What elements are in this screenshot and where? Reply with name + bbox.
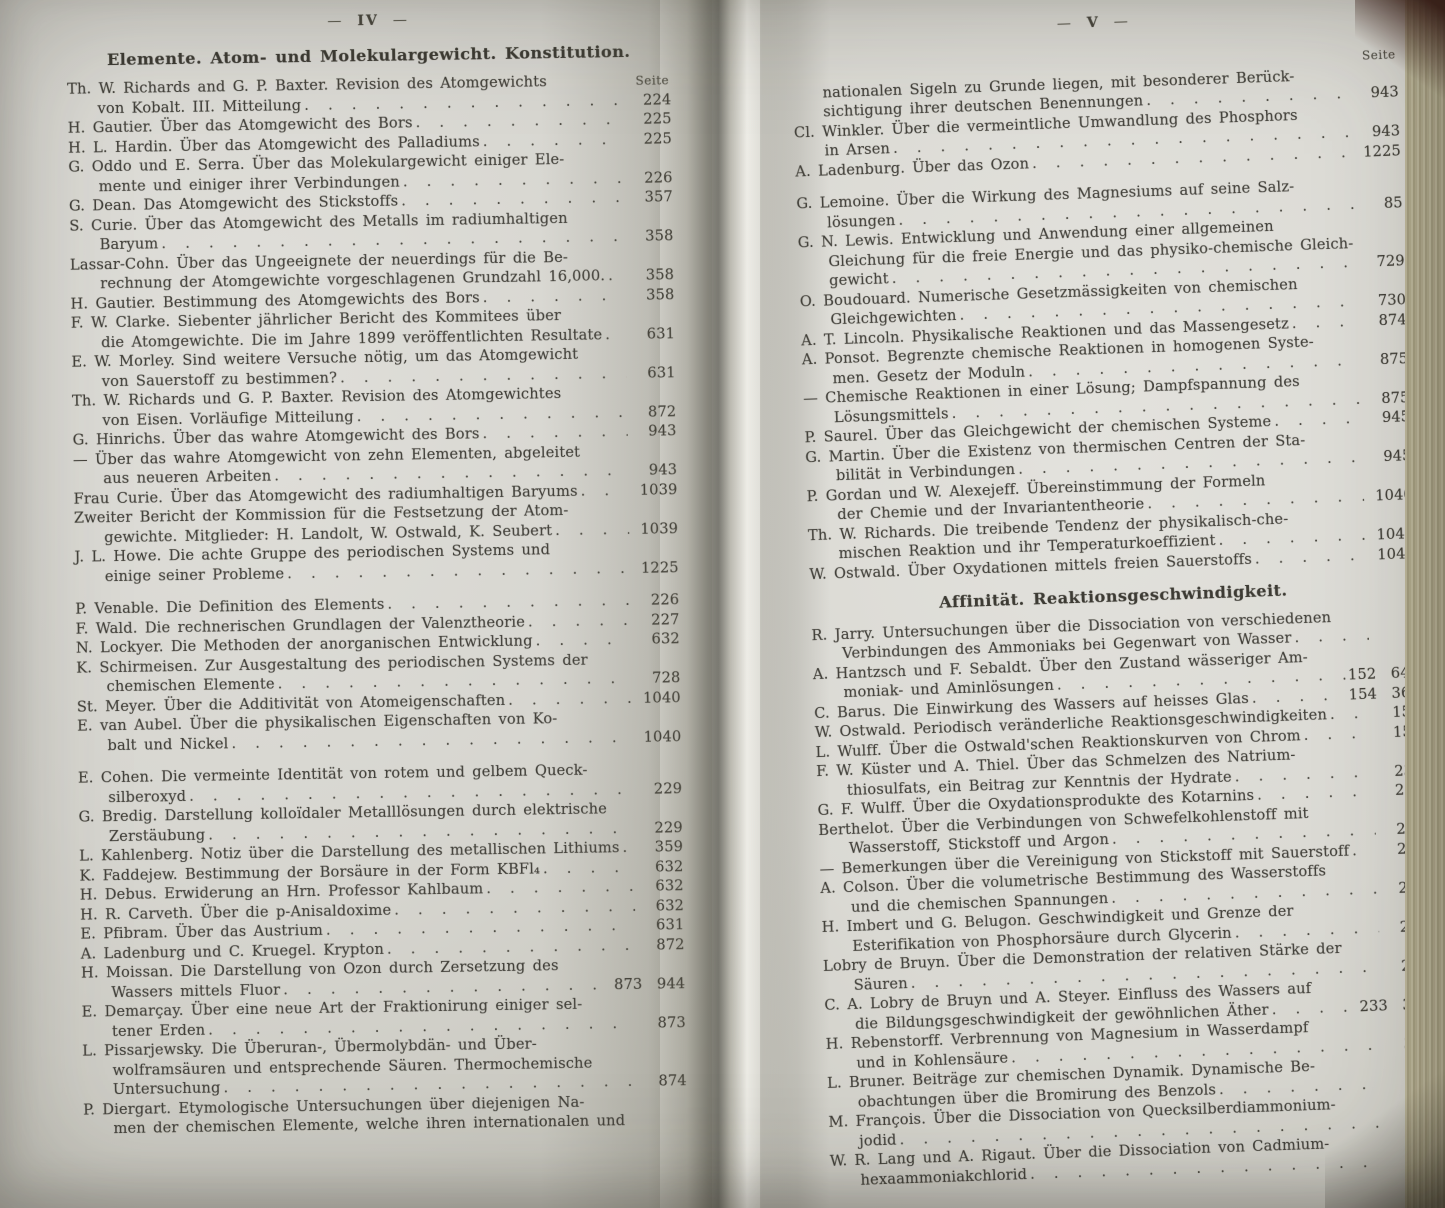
page-ref: 1040	[635, 688, 681, 708]
toc-entry: J. L. Howe. Die achte Gruppe des periodi…	[74, 538, 679, 586]
entry-text: jodid	[859, 1130, 897, 1151]
page-ref: 730	[1360, 290, 1407, 311]
page-ref: 874	[1361, 310, 1408, 331]
dot-leader	[401, 188, 624, 211]
dot-leader	[1257, 782, 1375, 806]
dot-leader	[287, 558, 630, 583]
entry-text: einige seiner Probleme	[105, 564, 285, 586]
page-ref: 943	[631, 460, 677, 480]
page-ref: 359	[637, 837, 683, 857]
entry-group: G. Lemoine. Über die Wirkung des Magnesi…	[796, 173, 1415, 584]
dot-leader	[1303, 723, 1372, 745]
entry-text: tener Erden	[112, 1020, 206, 1041]
left-seite-label: Seite	[635, 71, 669, 91]
entry-text: gewicht	[829, 269, 889, 291]
dot-leader	[622, 838, 634, 858]
header-dash: —	[1057, 16, 1074, 33]
page-ref: 358	[627, 226, 673, 246]
right-page-content: —V— Seite nationalen Sigeln zu Grunde li…	[790, 3, 1436, 1190]
right-seite-label: Seite	[1362, 45, 1396, 66]
entry-text: aus neueren Arbeiten	[103, 467, 271, 489]
dot-leader	[1294, 626, 1369, 648]
page-ref: 226	[626, 168, 672, 188]
page-ref: 632	[637, 857, 683, 877]
page-ref: 872	[630, 402, 676, 422]
dot-leader	[508, 688, 632, 709]
entry-text: silberoxyd	[108, 786, 186, 807]
left-entries-list: Th. W. Richards and G. P. Baxter. Revisi…	[67, 70, 688, 1139]
entry-group: E. Cohen. Die vermeinte Identität von ro…	[78, 759, 688, 1139]
entry-group: P. Venable. Die Definition des Elements2…	[75, 590, 681, 755]
page-ref: 225	[626, 129, 672, 149]
page-ref: 358	[628, 265, 674, 285]
page-ref: 728	[634, 668, 680, 688]
entry-text: Untersuchung	[113, 1078, 221, 1099]
page-ref: 1225	[1355, 141, 1402, 162]
toc-entry: L. Pissarjewsky. Die Überuran-, Übermoly…	[82, 1032, 687, 1100]
entry-group: R. Jarry. Untersuchungen über die Dissoc…	[811, 605, 1436, 1191]
header-dash: —	[1113, 14, 1130, 31]
book-photo: —IV— Elemente. Atom- und Molekulargewich…	[0, 0, 1445, 1208]
left-section-heading: Elemente. Atom- und Molekulargewicht. Ko…	[67, 41, 671, 70]
page-ref: 226	[633, 590, 679, 610]
dot-leader	[482, 422, 627, 444]
page-ref: 224	[625, 90, 671, 110]
page-ref: 875	[1363, 388, 1410, 409]
entry-text: in Arsen	[824, 139, 890, 161]
page-ref: 873 944	[614, 974, 686, 995]
page-ref: 631	[629, 324, 675, 344]
page-ref: 1039	[632, 519, 678, 539]
page-ref: 225	[626, 109, 672, 129]
dot-leader	[483, 130, 624, 152]
entry-text: lösungen	[827, 211, 896, 233]
page-ref: 631	[638, 915, 684, 935]
right-entries-list: nationalen Sigeln zu Grunde liegen, mit …	[792, 63, 1436, 1191]
page-ref: 945	[1364, 407, 1411, 428]
dot-leader	[535, 630, 631, 651]
toc-entry: E. van Aubel. Über die physikalischen Ei…	[77, 707, 682, 755]
page-ref: 229	[637, 818, 683, 838]
dot-leader	[608, 266, 625, 286]
dot-leader	[387, 935, 636, 958]
right-page-number: V	[1087, 15, 1100, 31]
dot-leader	[1274, 409, 1362, 432]
page-ref: 943	[630, 421, 676, 441]
page-ref: 874	[641, 1071, 687, 1091]
page-ref: 358	[628, 285, 674, 305]
page-ref: 227	[633, 610, 679, 630]
dot-leader	[1330, 704, 1372, 725]
page-ref: 229	[636, 779, 682, 799]
header-dash: —	[327, 13, 343, 29]
dot-leader	[555, 519, 629, 540]
dot-leader	[580, 480, 628, 500]
page-ref: 1039	[631, 480, 677, 500]
page-ref: 632	[638, 876, 684, 896]
entry-text: Zerstäubung	[109, 825, 206, 846]
dot-leader	[1271, 997, 1357, 1019]
dot-leader	[528, 610, 631, 631]
entry-group: nationalen Sigeln zu Grunde liegen, mit …	[792, 63, 1401, 182]
entry-text: chemischen Elemente	[106, 675, 274, 697]
dot-leader	[1254, 545, 1366, 568]
page-ref: 943	[1354, 121, 1401, 142]
page-ref: 729	[1358, 251, 1405, 272]
left-page-number: IV	[357, 13, 379, 29]
page-ref: 872	[639, 935, 685, 955]
dot-leader	[1352, 840, 1377, 860]
page-ref: 357	[627, 187, 673, 207]
entry-text: Wassers mittels Fluor	[111, 980, 280, 1002]
page-ref: 1225	[633, 558, 679, 578]
left-page-content: —IV— Elemente. Atom- und Molekulargewich…	[66, 7, 688, 1139]
page-ref: 873	[640, 1013, 686, 1033]
page-ref: 631	[630, 363, 676, 383]
page-ref: 943	[1353, 82, 1400, 103]
header-dash: —	[393, 12, 409, 28]
dot-leader	[486, 877, 635, 899]
page-ref: 632	[638, 896, 684, 916]
entry-text: Baryum	[99, 234, 158, 254]
entry-text: balt und Nickel	[107, 734, 228, 755]
dot-leader	[605, 324, 626, 344]
page-ref: 85	[1356, 193, 1403, 214]
dot-leader	[543, 857, 635, 878]
page-ref: 875	[1362, 349, 1409, 370]
page-ref: 632	[634, 629, 680, 649]
entry-text: Säuren	[853, 974, 908, 995]
page-edge-stack	[1405, 0, 1445, 1208]
dot-leader	[483, 285, 626, 307]
page-ref: 1040	[635, 727, 681, 747]
dot-leader	[1291, 311, 1358, 333]
entry-group: Th. W. Richards and G. P. Baxter. Revisi…	[67, 70, 679, 586]
